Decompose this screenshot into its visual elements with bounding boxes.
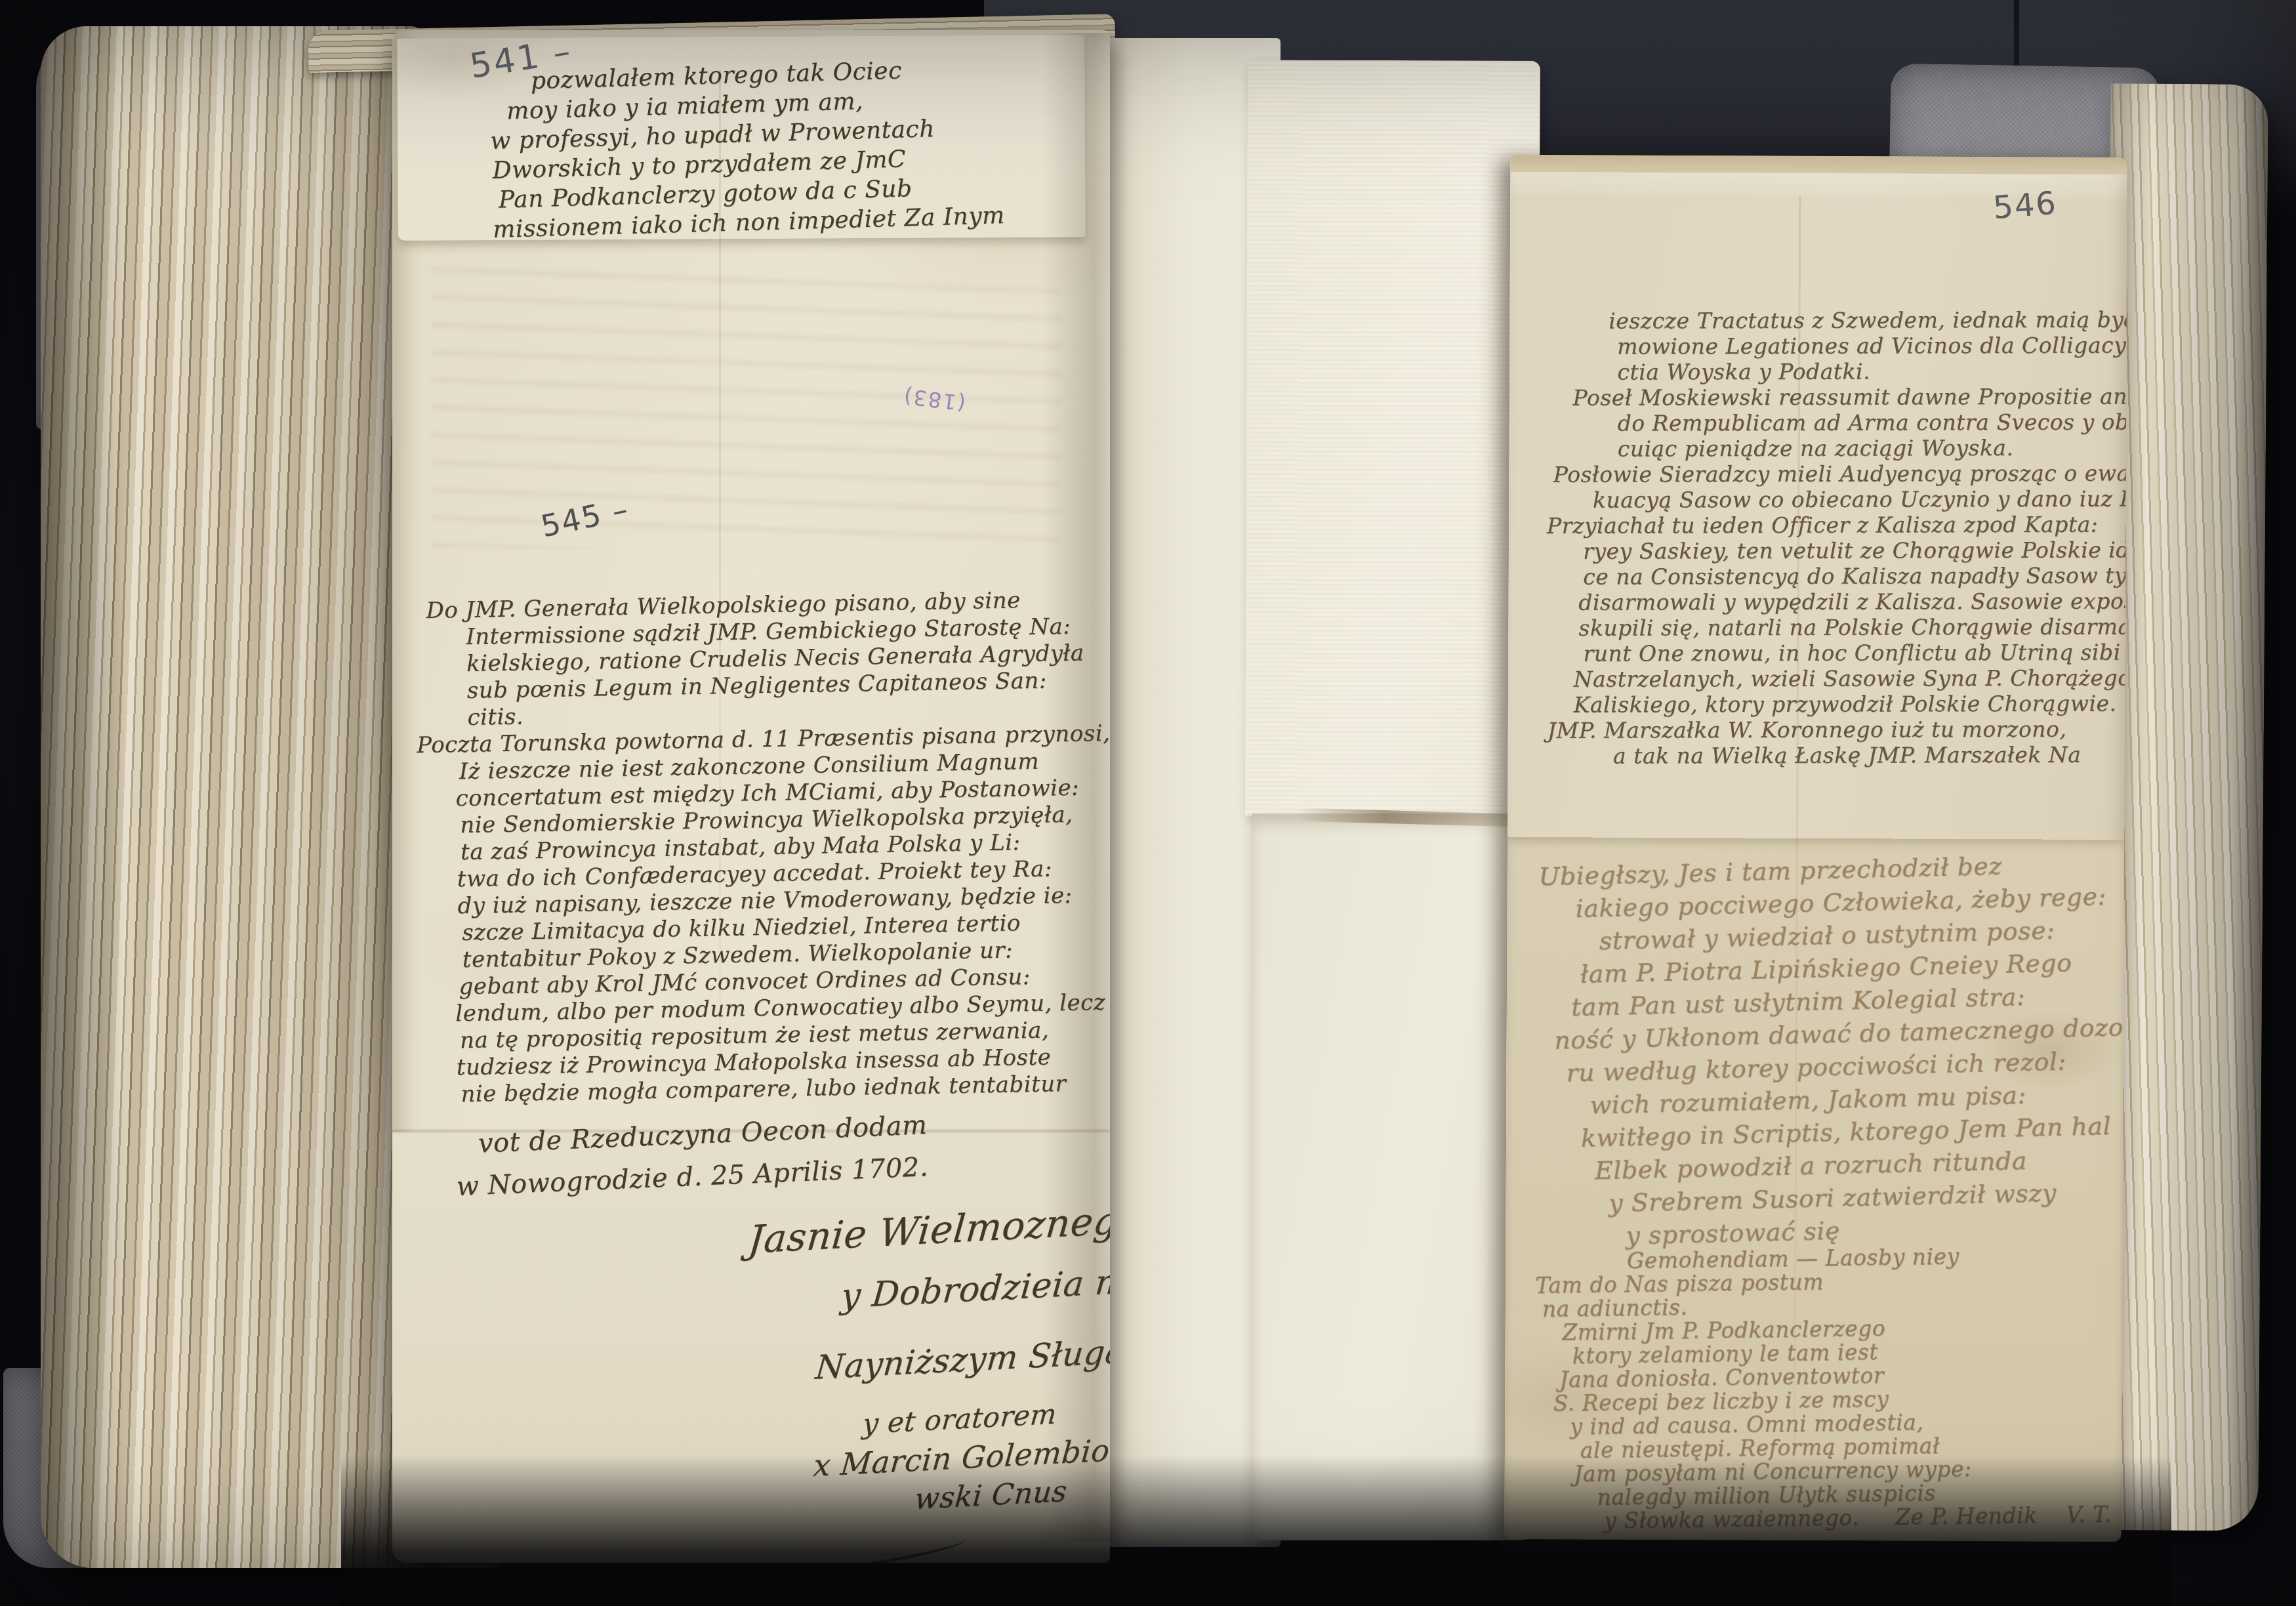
- manuscript-line: disarmowali y wypędzili z Kalisza. Sasow…: [1578, 588, 2127, 615]
- manuscript-line: runt One znowu, in hoc Conflictu ab Utri…: [1583, 639, 2127, 667]
- manuscript-line: Posłowie Sieradzcy mieli Audyencyą prosz…: [1553, 460, 2127, 487]
- manuscript-line: kuacyą Sasow co obiecano Uczynio y dano …: [1593, 485, 2127, 513]
- manuscript-line: Kaliskiego, ktory przywodził Polskie Cho…: [1574, 690, 2127, 718]
- manuscript-line: ce na Consistencyą do Kalisza napadły Sa…: [1583, 562, 2127, 590]
- interleaf-page-top: [1245, 60, 1540, 817]
- ink-bleedthrough: [432, 266, 1061, 548]
- manuscript-line: skupili się, natarli na Polskie Chorągwi…: [1578, 613, 2127, 641]
- slip-text-block: pozwalałem ktorego tak Ociecmoy iako y i…: [488, 53, 1005, 245]
- left-body-text-block: Do JMP. Generała Wielkopolskiego pisano,…: [414, 586, 1110, 1109]
- folio-number-546: 546: [1992, 184, 2059, 226]
- bottom-shadow: [341, 1455, 2171, 1606]
- left-page-stack-edges: [41, 26, 424, 1568]
- archival-photo-open-manuscript-volume: 541 – 545 – (183) pozwalałem ktorego tak…: [0, 0, 2296, 1606]
- right-manuscript-page: 546 ieszcze Tractatus z Szwedem, iednak …: [1504, 155, 2127, 1542]
- manuscript-line: a tak na Wielką Łaskę JMP. Marszałek Na: [1613, 741, 2127, 768]
- manuscript-line: Poseł Moskiewski reassumit dawne Proposi…: [1572, 383, 2127, 411]
- manuscript-line: Przyiachał tu ieden Officer z Kalisza zp…: [1547, 511, 2127, 539]
- manuscript-line: mowione Legationes ad Vicinos dla Collig…: [1617, 332, 2127, 359]
- torn-top-edge: [1510, 155, 2127, 175]
- manuscript-line: JMP. Marszałka W. Koronnego iuż tu morzo…: [1548, 716, 2127, 743]
- faded-text-block-upper: Ubiegłszy, Jes i tam przechodził beziaki…: [1538, 846, 2127, 1254]
- interleaf-page-bottom: [1252, 813, 1538, 1540]
- right-body-text-block: ieszcze Tractatus z Szwedem, iednak maią…: [1546, 306, 2127, 769]
- manuscript-line: ctia Woyska y Podatki.: [1617, 358, 2127, 384]
- manuscript-line: ieszcze Tractatus z Szwedem, iednak maią…: [1609, 306, 2127, 333]
- gutter-shadow: [1042, 33, 1128, 1542]
- manuscript-line: ryey Saskiey, ten vetulit ze Chorągwie P…: [1583, 537, 2127, 564]
- manuscript-line: cuiąc pieniądze na zaciągi Woyska.: [1618, 434, 2127, 461]
- left-manuscript-page: 541 – 545 – (183) pozwalałem ktorego tak…: [392, 30, 1110, 1563]
- manuscript-line: do Rempublicam ad Arma contra Svecos y o…: [1618, 409, 2127, 436]
- manuscript-line: Nastrzelanych, wzieli Sasowie Syna P. Ch…: [1574, 665, 2127, 692]
